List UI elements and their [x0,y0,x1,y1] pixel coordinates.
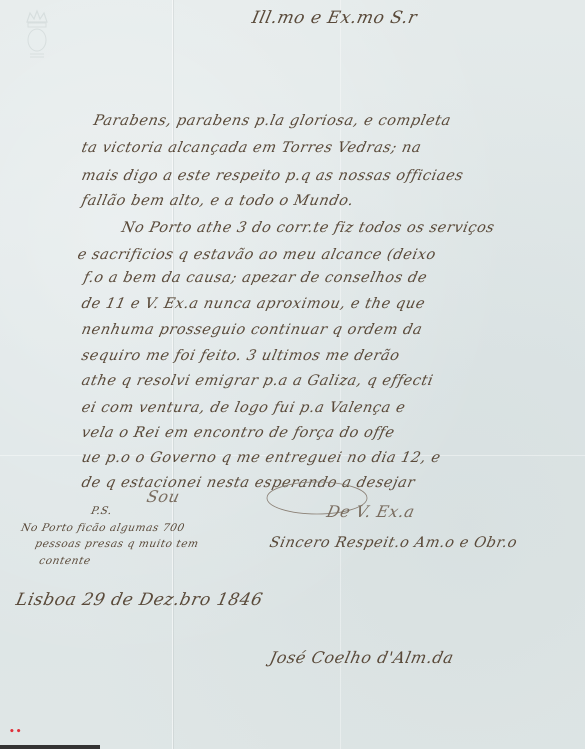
crown-watermark-icon [22,8,52,60]
salutation: Ill.mo e Ex.mo S.r [250,8,419,28]
body-line: Parabens, parabens p.la gloriosa, e comp… [92,113,453,129]
body-line: athe q resolvi emigrar p.a a Galiza, q e… [80,373,435,389]
letter-page: Ill.mo e Ex.mo S.r Parabens, parabens p.… [0,0,585,749]
closing-monogram: De V. Ex.a [325,502,417,521]
body-line: vela o Rei em encontro de força do offe [80,425,396,441]
postscript-line: contente [38,555,92,567]
closing-line: Sincero Respeit.o Am.o e Obr.o [268,535,519,551]
place-date: Lisboa 29 de Dez.bro 1846 [14,590,265,610]
postscript-label: P.S. [90,505,113,517]
postscript-line: pessoas presas q muito tem [34,538,200,550]
body-line: ue p.o o Governo q me entreguei no dia 1… [80,450,442,466]
scan-edge-shadow [0,745,100,749]
body-line: ei com ventura, de logo fui p.a Valença … [80,400,407,416]
body-line: e sacrificios q estavão ao meu alcance (… [76,247,437,263]
body-line: de 11 e V. Ex.a nunca aproximou, e the q… [80,296,427,312]
postscript-line: No Porto ficão algumas 700 [20,522,186,534]
red-ink-marks: •• [9,727,23,737]
body-line: mais digo a este respeito p.q as nossas … [80,168,465,184]
body-line: No Porto athe 3 do corr.te fiz todos os … [120,220,496,236]
body-line: f.o a bem da causa; apezar de conselhos … [82,270,429,286]
signature: José Coelho d'Alm.da [268,648,456,667]
closing-word: Sou [145,487,182,506]
body-line: sequiro me foi feito. 3 ultimos me derão [80,348,401,364]
body-line: nenhuma prosseguio continuar q ordem da [80,322,424,338]
body-line: ta victoria alcançada em Torres Vedras; … [80,140,423,156]
body-line: fallão bem alto, e a todo o Mundo. [80,193,355,209]
